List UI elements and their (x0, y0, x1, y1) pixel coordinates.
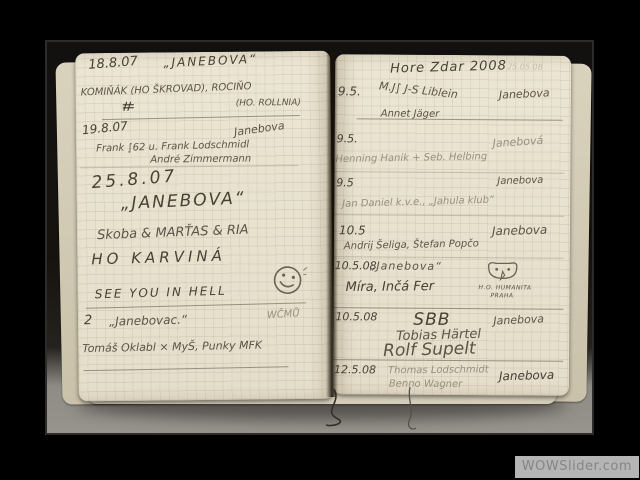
smiley-face-icon (267, 260, 308, 301)
entry-signature: Janebova (492, 224, 548, 238)
entry-date: 9.5 (336, 177, 354, 188)
entry-signature: Janebova (493, 313, 544, 326)
owl-doodle-icon (485, 259, 521, 283)
entry-date: 19.8.07 (81, 120, 128, 136)
entry-names: Jan Daniel k.v.e., „Jahula klub“ (342, 196, 494, 210)
entry-names: HO KARVINÁ (91, 249, 226, 268)
entry-hut-name: „Janebova“ (370, 260, 442, 272)
right-page: 25.05.08 Hore Zdar 2008 9.5. M.J∫ J-S Li… (333, 54, 571, 396)
entry-hut-name: „JANEBOVA“ (120, 190, 246, 213)
ghost-ink-bleed: 25.05.08 (507, 63, 543, 71)
entry-date: 12.5.08 (334, 364, 376, 375)
entry-names: André Zimmermann (150, 155, 251, 166)
entry-signature: Janebova (499, 87, 550, 100)
bookmark-threads (312, 387, 482, 433)
entry-divider-line (334, 171, 564, 174)
entry-date: 9.5. (338, 85, 361, 97)
entry-divider-line (333, 359, 563, 362)
entry-count: 2 (84, 314, 92, 327)
watermark-link[interactable]: WOWSlider.com (515, 456, 639, 478)
entry-names: Henning Hanik + Seb. Helbing (335, 152, 487, 165)
left-page: 18.8.07 „JANEBOVA“ KOMIŇÁK (HO ŠKROVAD),… (75, 51, 334, 402)
notebook-binding (326, 52, 338, 397)
entry-date: 10.5.08 (335, 311, 377, 322)
watermark-label: WOWSlider.com (522, 459, 632, 474)
entry-names: Frank ∫62 u. Frank Lodschmidl (96, 140, 249, 154)
entry-names: Tomáš Oklabl × MyŠ, Punky MFK (82, 340, 262, 354)
entry-divider-line (86, 302, 306, 308)
entry-divider-line (357, 118, 563, 120)
entry-names: Rolf Supelt (383, 341, 476, 361)
ink-scribble (122, 101, 136, 113)
entry-signature: Janebova (499, 369, 555, 383)
entry-date: 25.8.07 (91, 168, 178, 192)
owl-caption: PRAHA (490, 293, 513, 299)
guestbook-photo: 18.8.07 „JANEBOVA“ KOMIŇÁK (HO ŠKROVAD),… (47, 42, 592, 433)
slider-stage: 18.8.07 „JANEBOVA“ KOMIŇÁK (HO ŠKROVAD),… (0, 0, 640, 480)
entry-hut-name: „JANEBOVA“ (163, 53, 257, 69)
entry-date: 10.5 (339, 224, 366, 236)
entry-group: SBB (413, 312, 450, 329)
entry-names: (HO. ROLLNIA) (236, 99, 301, 109)
entry-names: KOMIŇÁK (HO ŠKROVAD), ROCIŇO (80, 82, 251, 98)
entry-names: Míra, Inčá Fer (345, 280, 434, 294)
entry-signature: Janebova (233, 120, 285, 138)
entry-signature: Janebova (497, 176, 543, 187)
entry-divider-line (80, 165, 298, 168)
entry-names: Thomas Lodschmidt (388, 365, 489, 376)
entry-date: 18.8.07 (88, 55, 139, 72)
entry-signature: Janebová (492, 135, 543, 149)
entry-divider-line (84, 366, 289, 371)
entry-note: WČMŮ (267, 309, 300, 321)
entry-date: 9.5. (337, 133, 358, 144)
entry-names: Skoba & MARŤAS & RIA (97, 224, 249, 243)
entry-names: M.J∫ J-S Liblein (379, 80, 459, 100)
entry-message: SEE YOU IN HELL (95, 285, 227, 301)
entry-divider-line (334, 214, 564, 217)
entry-divider-line (334, 256, 564, 259)
entry-names: Andrij Šeliga, Štefan Popčo (344, 239, 479, 252)
owl-caption: H.O. HUMANITA (479, 285, 532, 291)
page-header: Hore Zdar 2008 (390, 59, 507, 75)
entry-divider-line (102, 115, 300, 120)
entry-hut-name: „Janebovac.“ (109, 314, 187, 328)
